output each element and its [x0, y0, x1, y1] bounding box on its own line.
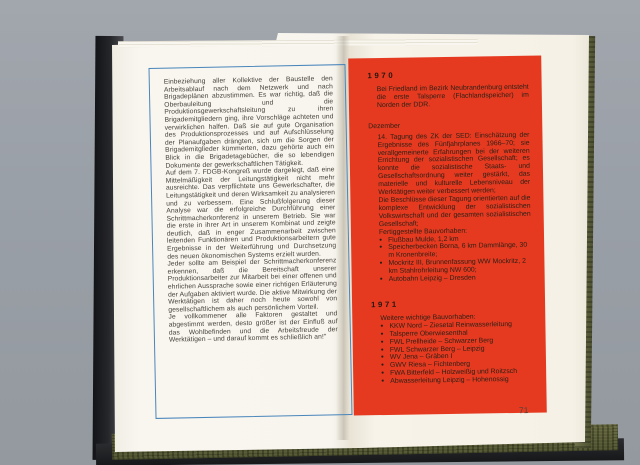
scanned-book-spread: Einbeziehung aller Kollektive der Bauste…	[0, 0, 640, 465]
year-heading-1971: 1971	[371, 298, 532, 310]
quote-paragraph: Auf dem 7. FDGB-Kongreß wurde dargelegt,…	[166, 166, 337, 260]
further-projects-list: KKW Nord – Ziesetal Reinwasserleitung Ta…	[380, 321, 533, 387]
month-label: Dezember	[368, 120, 529, 130]
year-heading-1970: 1970	[367, 69, 528, 81]
completed-projects-list: Flußbau Mulde, 1,2 km Speicherbecken Bor…	[379, 234, 532, 284]
chronicle-intro: Bei Friedland im Bezirk Neubrandenburg e…	[377, 84, 529, 110]
project-item: Abwasserleitung Leipzig – Hohenossig	[381, 376, 533, 386]
chronicle-panel: 1970 Bei Friedland im Bezirk Neubrandenb…	[348, 56, 547, 416]
chronicle-paragraph: 14. Tagung des ZK der SED: Einschätzung …	[377, 131, 530, 197]
page-number: 71	[519, 405, 549, 416]
quote-paragraph: Einbeziehung aller Kollektive der Bauste…	[164, 75, 335, 169]
quote-paragraph: Jeder sollte am Beispiel der Schrittmach…	[167, 258, 337, 315]
project-item: Autobahn Leipzig – Dresden	[380, 274, 532, 284]
quote-paragraph: Je vollkommener alle Faktoren gestaltet …	[168, 311, 338, 345]
left-page-quote-frame: Einbeziehung aller Kollektive der Bauste…	[148, 64, 352, 419]
chronicle-paragraph: Die Beschlüsse dieser Tagung orientierte…	[378, 195, 530, 229]
